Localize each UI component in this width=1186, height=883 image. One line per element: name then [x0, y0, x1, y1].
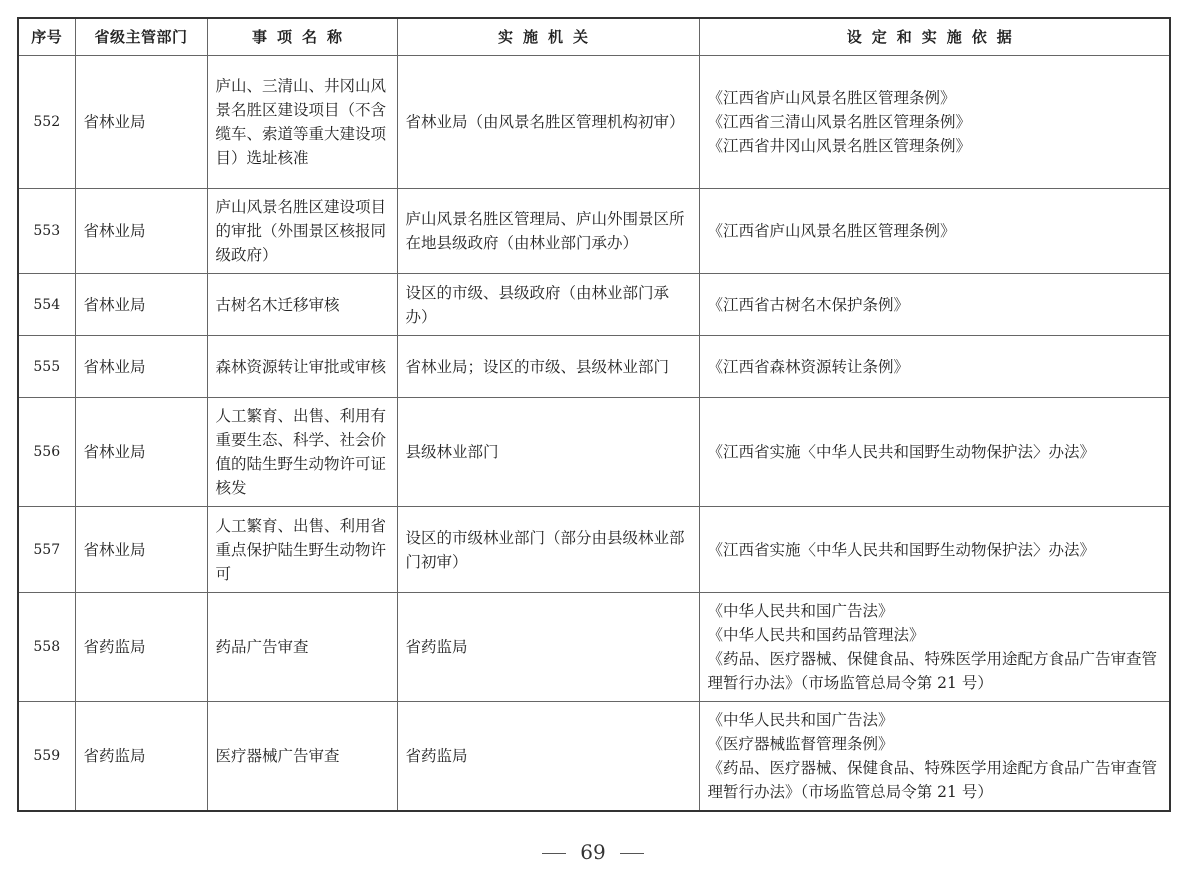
cell-serial-number: 555	[18, 336, 75, 398]
header-item-name: 事项名称	[207, 18, 397, 56]
cell-serial-number: 557	[18, 507, 75, 593]
cell-item-name: 药品广告审查	[207, 593, 397, 702]
cell-serial-number: 554	[18, 274, 75, 336]
legal-basis-entry: 《江西省实施〈中华人民共和国野生动物保护法〉办法》	[708, 440, 1162, 464]
cell-implementing-agency: 县级林业部门	[397, 398, 699, 507]
footer-dash-right	[620, 853, 644, 854]
legal-basis-entry: 《中华人民共和国广告法》	[708, 708, 1162, 732]
legal-basis-entry: 《中华人民共和国广告法》	[708, 599, 1162, 623]
cell-department: 省林业局	[75, 274, 207, 336]
cell-implementing-agency: 设区的市级、县级政府（由林业部门承办）	[397, 274, 699, 336]
cell-implementing-agency: 设区的市级林业部门（部分由县级林业部门初审）	[397, 507, 699, 593]
legal-basis-entry: 《江西省森林资源转让条例》	[708, 355, 1162, 379]
page-number: 69	[580, 840, 605, 864]
table-row: 556省林业局人工繁育、出售、利用有重要生态、科学、社会价值的陆生野生动物许可证…	[18, 398, 1170, 507]
cell-item-name: 森林资源转让审批或审核	[207, 336, 397, 398]
legal-basis-entry: 《医疗器械监督管理条例》	[708, 732, 1162, 756]
table-row: 557省林业局人工繁育、出售、利用省重点保护陆生野生动物许可设区的市级林业部门（…	[18, 507, 1170, 593]
cell-implementing-agency: 省药监局	[397, 702, 699, 811]
cell-legal-basis: 《江西省森林资源转让条例》	[699, 336, 1170, 398]
cell-item-name: 医疗器械广告审查	[207, 702, 397, 811]
cell-department: 省林业局	[75, 336, 207, 398]
header-legal-basis: 设定和实施依据	[699, 18, 1170, 56]
cell-legal-basis: 《江西省实施〈中华人民共和国野生动物保护法〉办法》	[699, 398, 1170, 507]
header-serial-number: 序号	[18, 18, 75, 56]
legal-basis-entry: 《江西省三清山风景名胜区管理条例》	[708, 110, 1162, 134]
cell-legal-basis: 《江西省古树名木保护条例》	[699, 274, 1170, 336]
legal-basis-entry: 《江西省庐山风景名胜区管理条例》	[708, 86, 1162, 110]
cell-legal-basis: 《江西省庐山风景名胜区管理条例》《江西省三清山风景名胜区管理条例》《江西省井冈山…	[699, 56, 1170, 189]
cell-item-name: 庐山、三清山、井冈山风景名胜区建设项目（不含缆车、索道等重大建设项目）选址核准	[207, 56, 397, 189]
cell-department: 省林业局	[75, 56, 207, 189]
cell-item-name: 庐山风景名胜区建设项目的审批（外围景区核报同级政府）	[207, 189, 397, 274]
table-body: 552省林业局庐山、三清山、井冈山风景名胜区建设项目（不含缆车、索道等重大建设项…	[18, 56, 1170, 811]
cell-item-name: 人工繁育、出售、利用省重点保护陆生野生动物许可	[207, 507, 397, 593]
cell-serial-number: 552	[18, 56, 75, 189]
table-row: 554省林业局古树名木迁移审核设区的市级、县级政府（由林业部门承办）《江西省古树…	[18, 274, 1170, 336]
approval-items-table: 序号 省级主管部门 事项名称 实施机关 设定和实施依据 552省林业局庐山、三清…	[17, 17, 1171, 812]
cell-implementing-agency: 庐山风景名胜区管理局、庐山外围景区所在地县级政府（由林业部门承办）	[397, 189, 699, 274]
table-row: 558省药监局药品广告审查省药监局《中华人民共和国广告法》《中华人民共和国药品管…	[18, 593, 1170, 702]
table-row: 559省药监局医疗器械广告审查省药监局《中华人民共和国广告法》《医疗器械监督管理…	[18, 702, 1170, 811]
cell-serial-number: 559	[18, 702, 75, 811]
cell-legal-basis: 《江西省庐山风景名胜区管理条例》	[699, 189, 1170, 274]
legal-basis-entry: 《中华人民共和国药品管理法》	[708, 623, 1162, 647]
legal-basis-entry: 《江西省古树名木保护条例》	[708, 293, 1162, 317]
cell-legal-basis: 《中华人民共和国广告法》《医疗器械监督管理条例》《药品、医疗器械、保健食品、特殊…	[699, 702, 1170, 811]
table-row: 552省林业局庐山、三清山、井冈山风景名胜区建设项目（不含缆车、索道等重大建设项…	[18, 56, 1170, 189]
cell-implementing-agency: 省林业局；设区的市级、县级林业部门	[397, 336, 699, 398]
cell-department: 省药监局	[75, 702, 207, 811]
cell-item-name: 古树名木迁移审核	[207, 274, 397, 336]
table-row: 555省林业局森林资源转让审批或审核省林业局；设区的市级、县级林业部门《江西省森…	[18, 336, 1170, 398]
legal-basis-entry: 《江西省庐山风景名胜区管理条例》	[708, 219, 1162, 243]
footer-dash-left	[542, 853, 566, 854]
cell-serial-number: 558	[18, 593, 75, 702]
page-footer: 69	[0, 840, 1186, 864]
cell-serial-number: 553	[18, 189, 75, 274]
cell-legal-basis: 《中华人民共和国广告法》《中华人民共和国药品管理法》《药品、医疗器械、保健食品、…	[699, 593, 1170, 702]
cell-implementing-agency: 省林业局（由风景名胜区管理机构初审）	[397, 56, 699, 189]
cell-serial-number: 556	[18, 398, 75, 507]
legal-basis-entry: 《药品、医疗器械、保健食品、特殊医学用途配方食品广告审查管理暂行办法》（市场监管…	[708, 756, 1162, 804]
table-row: 553省林业局庐山风景名胜区建设项目的审批（外围景区核报同级政府）庐山风景名胜区…	[18, 189, 1170, 274]
legal-basis-entry: 《江西省井冈山风景名胜区管理条例》	[708, 134, 1162, 158]
cell-department: 省林业局	[75, 189, 207, 274]
header-implementing-agency: 实施机关	[397, 18, 699, 56]
legal-basis-entry: 《江西省实施〈中华人民共和国野生动物保护法〉办法》	[708, 538, 1162, 562]
header-department: 省级主管部门	[75, 18, 207, 56]
cell-legal-basis: 《江西省实施〈中华人民共和国野生动物保护法〉办法》	[699, 507, 1170, 593]
cell-department: 省药监局	[75, 593, 207, 702]
cell-implementing-agency: 省药监局	[397, 593, 699, 702]
legal-basis-entry: 《药品、医疗器械、保健食品、特殊医学用途配方食品广告审查管理暂行办法》（市场监管…	[708, 647, 1162, 695]
cell-department: 省林业局	[75, 507, 207, 593]
table-header-row: 序号 省级主管部门 事项名称 实施机关 设定和实施依据	[18, 18, 1170, 56]
cell-department: 省林业局	[75, 398, 207, 507]
cell-item-name: 人工繁育、出售、利用有重要生态、科学、社会价值的陆生野生动物许可证核发	[207, 398, 397, 507]
